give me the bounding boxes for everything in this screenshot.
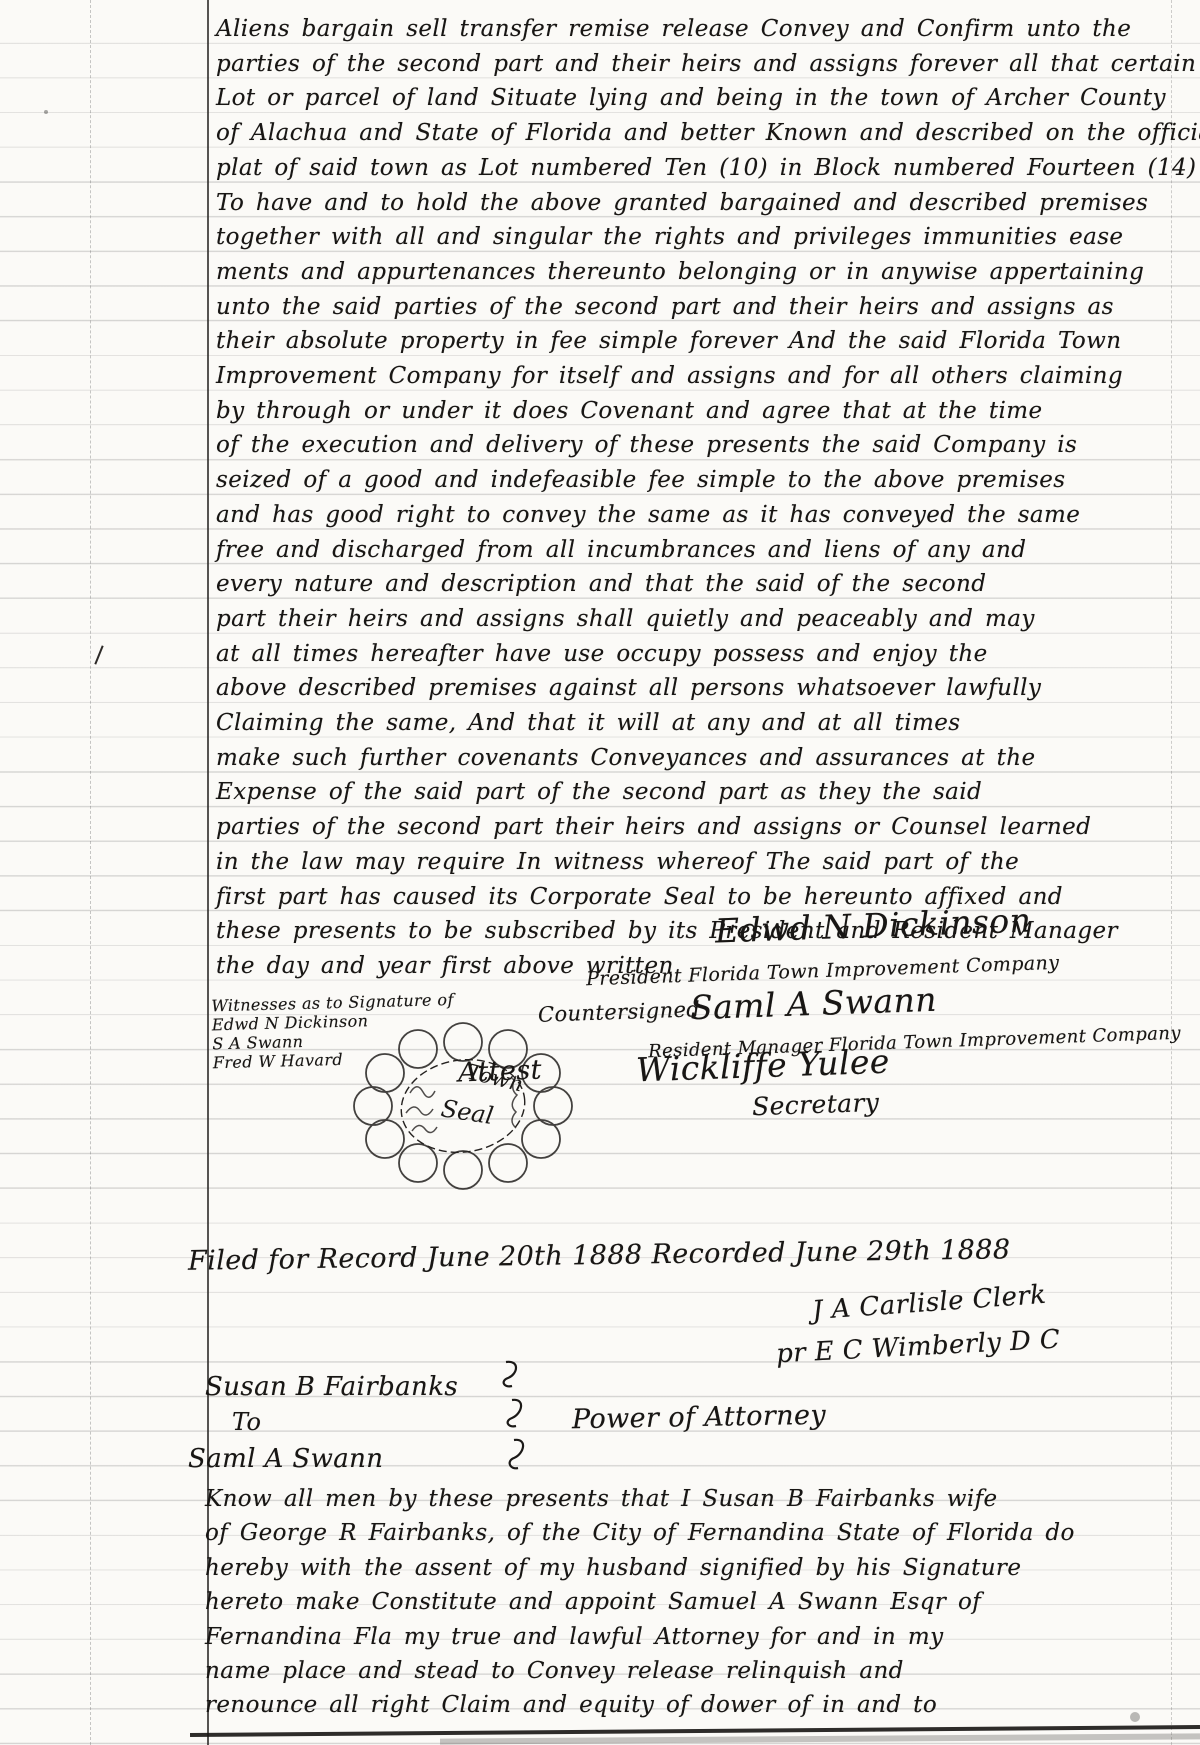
deed-line: by through or under it does Covenant and… xyxy=(216,394,1174,429)
scan-bottom-shadow xyxy=(440,1733,1200,1744)
secretary-title: Secretary xyxy=(752,1088,880,1121)
deed-record-page: Aliens bargain sell transfer remise rele… xyxy=(0,0,1200,1745)
seal-scribble-left xyxy=(406,1087,437,1133)
deed-line: Aliens bargain sell transfer remise rele… xyxy=(216,12,1174,47)
deed-line: and has good right to convey the same as… xyxy=(216,498,1174,533)
margin-tick-mark xyxy=(94,645,103,664)
poa-to-label: To xyxy=(232,1408,261,1436)
clerk-signature: J A Carlisle Clerk xyxy=(811,1280,1047,1326)
deed-line: make such further covenants Conveyances … xyxy=(216,741,1174,776)
deed-line: of Alachua and State of Florida and bett… xyxy=(216,116,1174,151)
deed-line: unto the said parties of the second part… xyxy=(216,290,1174,325)
countersigned-label: Countersigned xyxy=(538,997,701,1027)
deed-line: Improvement Company for itself and assig… xyxy=(216,359,1174,394)
deed-line: free and discharged from all incumbrance… xyxy=(216,533,1174,568)
poa-caption-brace xyxy=(478,1360,528,1480)
deed-line: their absolute property in fee simple fo… xyxy=(216,324,1174,359)
corporate-seal: Town Seal xyxy=(348,1018,578,1193)
deed-line: Claiming the same, And that it will at a… xyxy=(216,706,1174,741)
manager-signature: Saml A Swann xyxy=(689,980,937,1028)
scan-speck xyxy=(1130,1712,1140,1722)
deed-line: To have and to hold the above granted ba… xyxy=(216,186,1174,221)
deed-line: parties of the second part their heirs a… xyxy=(216,810,1174,845)
secretary-signature: Wickliffe Yulee xyxy=(635,1042,890,1090)
deed-line: above described premises against all per… xyxy=(216,671,1174,706)
deed-line: in the law may require In witness whereo… xyxy=(216,845,1174,880)
deed-line: parties of the second part and their hei… xyxy=(216,47,1174,82)
poa-line: name place and stead to Convey release r… xyxy=(205,1654,1180,1688)
deed-line: Lot or parcel of land Situate lying and … xyxy=(216,81,1174,116)
poa-line: Know all men by these presents that I Su… xyxy=(205,1482,1180,1516)
poa-party-to: Saml A Swann xyxy=(188,1444,383,1474)
attest-label: Attest xyxy=(457,1055,542,1089)
deed-body-text: Aliens bargain sell transfer remise rele… xyxy=(216,12,1174,984)
poa-line: renounce all right Claim and equity of d… xyxy=(205,1688,1180,1722)
deed-line: at all times hereafter have use occupy p… xyxy=(216,637,1174,672)
deed-line: of the execution and delivery of these p… xyxy=(216,428,1174,463)
poa-line: hereby with the assent of my husband sig… xyxy=(205,1551,1180,1585)
deed-line: plat of said town as Lot numbered Ten (1… xyxy=(216,151,1174,186)
deed-line: part their heirs and assigns shall quiet… xyxy=(216,602,1174,637)
poa-line: of George R Fairbanks, of the City of Fe… xyxy=(205,1516,1180,1550)
filed-for-record-line: Filed for Record June 20th 1888 Recorded… xyxy=(188,1234,1011,1276)
poa-body-text: Know all men by these presents that I Su… xyxy=(205,1482,1180,1723)
poa-caption-title: Power of Attorney xyxy=(572,1400,827,1435)
scan-speck xyxy=(44,110,48,114)
poa-party-from: Susan B Fairbanks xyxy=(205,1372,458,1402)
deed-line: every nature and description and that th… xyxy=(216,567,1174,602)
left-faint-margin-rule xyxy=(90,0,91,1745)
poa-line: hereto make Constitute and appoint Samue… xyxy=(205,1585,1180,1619)
poa-line: Fernandina Fla my true and lawful Attorn… xyxy=(205,1620,1180,1654)
seal-word-seal: Seal xyxy=(439,1094,495,1130)
deed-line: seized of a good and indefeasible fee si… xyxy=(216,463,1174,498)
deed-line: ments and appurtenances thereunto belong… xyxy=(216,255,1174,290)
deed-line: together with all and singular the right… xyxy=(216,220,1174,255)
deed-line: Expense of the said part of the second p… xyxy=(216,775,1174,810)
deputy-clerk-signature: pr E C Wimberly D C xyxy=(775,1325,1060,1370)
